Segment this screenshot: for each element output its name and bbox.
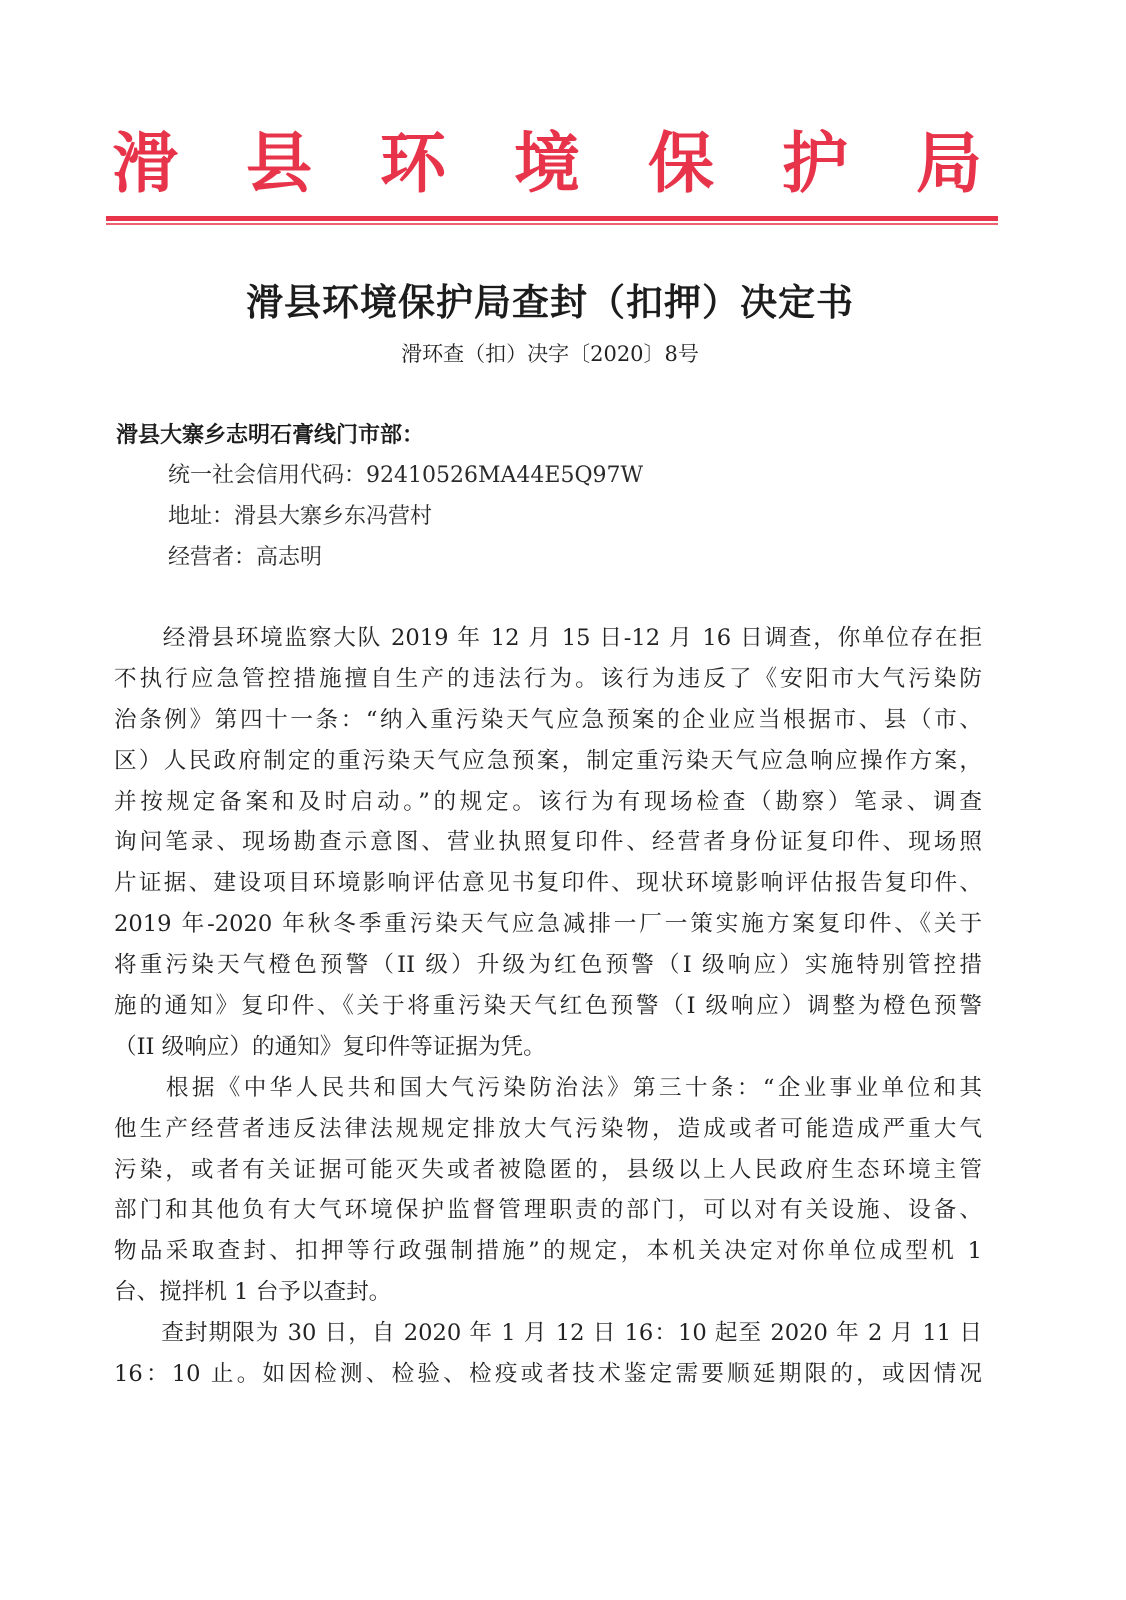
body-line: 物品采取查封、扣押等行政强制措施”的规定，本机关决定对你单位成型机 1 (114, 1231, 982, 1272)
body-line: 经滑县环境监察大队 2019 年 12 月 15 日-12 月 16 日调查，你… (114, 618, 982, 659)
document-title: 滑县环境保护局查封（扣押）决定书 (0, 272, 1100, 326)
body-line: 查封期限为 30 日，自 2020 年 1 月 12 日 16：10 起至 20… (114, 1313, 982, 1354)
masthead-char: 县 (246, 130, 312, 196)
body-line: 治条例》第四十一条：“纳入重污染天气应急预案的企业应当根据市、县（市、 (114, 700, 982, 741)
body-line: 根据《中华人民共和国大气污染防治法》第三十条：“企业事业单位和其 (114, 1068, 982, 1109)
address: 地址：滑县大寨乡东冯营村 (168, 499, 432, 530)
body-line: 将重污染天气橙色预警（II 级）升级为红色预警（I 级响应）实施特别管控措 (114, 945, 982, 986)
agency-masthead: 滑 县 环 境 保 护 局 (112, 118, 982, 208)
body-line: 16：10 止。如因检测、检验、检疫或者技术鉴定需要顺延期限的，或因情况 (114, 1354, 982, 1395)
operator: 经营者：高志明 (168, 540, 322, 571)
body-line: 并按规定备案和及时启动。”的规定。该行为有现场检查（勘察）笔录、调查 (114, 782, 982, 823)
credit-code: 统一社会信用代码：92410526MA44E5Q97W (168, 458, 643, 489)
body-line: 施的通知》复印件、《关于将重污染天气红色预警（I 级响应）调整为橙色预警 (114, 986, 982, 1027)
body-line: 台、搅拌机 1 台予以查封。 (114, 1272, 982, 1313)
masthead-char: 滑 (112, 130, 178, 196)
body-line: 2019 年-2020 年秋冬季重污染天气应急减排一厂一策实施方案复印件、《关于 (114, 904, 982, 945)
body-line: 部门和其他负有大气环境保护监督管理职责的部门，可以对有关设施、设备、 (114, 1190, 982, 1231)
body-line: 区）人民政府制定的重污染天气应急预案，制定重污染天气应急响应操作方案， (114, 741, 982, 782)
masthead-char: 境 (514, 130, 580, 196)
body-line: 他生产经营者违反法律法规规定排放大气污染物，造成或者可能造成严重大气 (114, 1109, 982, 1150)
masthead-char: 局 (916, 130, 982, 196)
masthead-char: 保 (648, 130, 714, 196)
body-line: 污染，或者有关证据可能灭失或者被隐匿的，县级以上人民政府生态环境主管 (114, 1150, 982, 1191)
header-divider-thick (106, 216, 998, 221)
header-divider-thin (106, 223, 998, 225)
body-line: 不执行应急管控措施擅自生产的违法行为。该行为违反了《安阳市大气污染防 (114, 659, 982, 700)
masthead-char: 环 (380, 130, 446, 196)
body-line: 片证据、建设项目环境影响评估意见书复印件、现状环境影响评估报告复印件、 (114, 863, 982, 904)
recipient-name: 滑县大寨乡志明石膏线门市部： (116, 418, 424, 449)
document-body: 经滑县环境监察大队 2019 年 12 月 15 日-12 月 16 日调查，你… (114, 618, 982, 1395)
masthead-char: 护 (782, 130, 848, 196)
document-number: 滑环查（扣）决字〔2020〕8号 (0, 338, 1100, 368)
body-line: 询问笔录、现场勘查示意图、营业执照复印件、经营者身份证复印件、现场照 (114, 822, 982, 863)
body-line: （II 级响应）的通知》复印件等证据为凭。 (114, 1027, 982, 1068)
